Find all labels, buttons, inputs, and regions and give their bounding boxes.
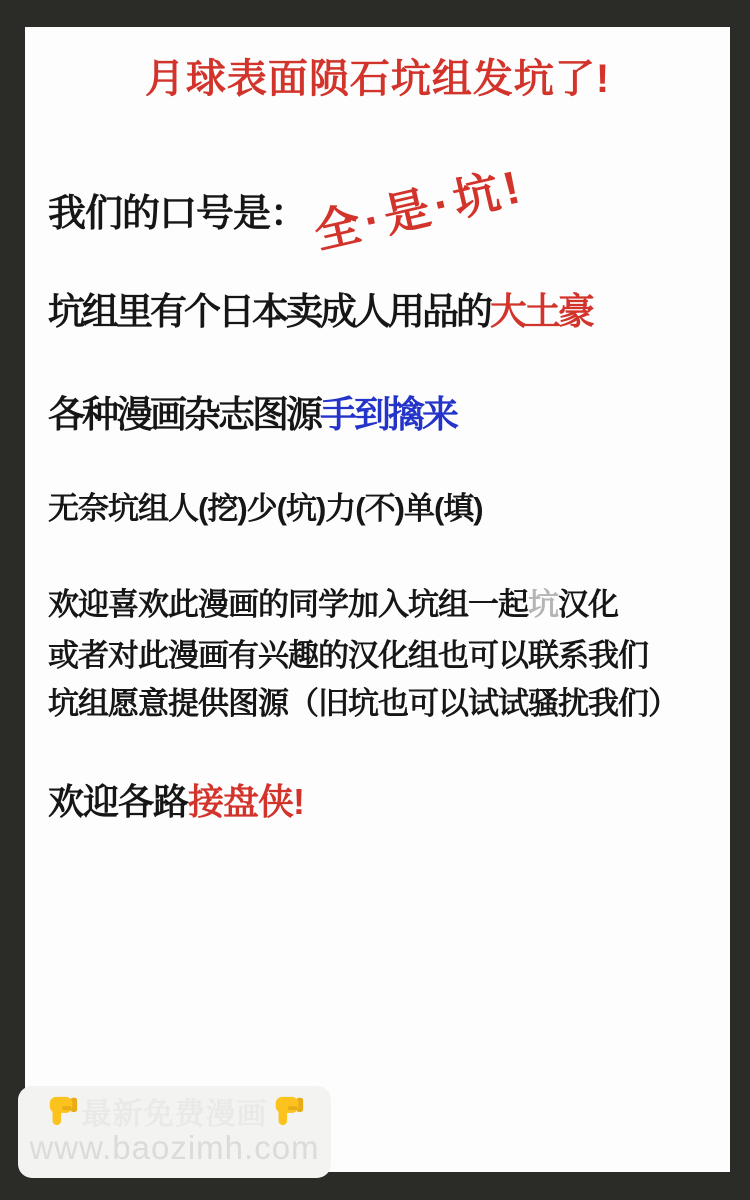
line-source-blue: 手到擒来 xyxy=(320,394,456,435)
paragraph-line-1: 欢迎喜欢此漫画的同学加入坑组一起坑汉化 xyxy=(48,589,618,622)
pointing-down-hand-icon xyxy=(45,1094,79,1128)
line-tuhao-black: 坑组里有个日本卖成人用品的 xyxy=(48,291,490,332)
welcome-red: 接盘侠! xyxy=(188,781,304,822)
welcome-black: 欢迎各路 xyxy=(48,781,188,822)
pointing-down-hand-icon xyxy=(271,1094,305,1128)
slogan-label: 我们的口号是： xyxy=(48,195,307,235)
line-source: 各种漫画杂志图源手到擒来 xyxy=(48,396,456,435)
notice-page: 月球表面陨石坑组发坑了! 我们的口号是： 全·是·坑! 坑组里有个日本卖成人用品… xyxy=(25,27,730,1172)
slogan-text: 全·是·坑! xyxy=(310,161,529,256)
line-source-black: 各种漫画杂志图源 xyxy=(48,394,320,435)
line-shortage: 无奈坑组人(挖)少(坑)力(不)单(填) xyxy=(48,493,483,526)
comic-notice-image: 月球表面陨石坑组发坑了! 我们的口号是： 全·是·坑! 坑组里有个日本卖成人用品… xyxy=(0,0,750,1200)
para1-black-a: 欢迎喜欢此漫画的同学加入坑组一起 xyxy=(48,587,528,622)
watermark-url: www.baozimh.com xyxy=(18,1130,331,1166)
watermark-text: 最新免费漫画 xyxy=(82,1089,268,1133)
watermark-row: 最新免费漫画 xyxy=(18,1092,331,1130)
para1-black-b: 汉化 xyxy=(558,587,618,622)
paragraph-line-3: 坑组愿意提供图源（旧坑也可以试试骚扰我们） xyxy=(48,688,678,721)
paragraph-line-2: 或者对此漫画有兴趣的汉化组也可以联系我们 xyxy=(48,640,648,673)
page-title: 月球表面陨石坑组发坑了! xyxy=(25,58,730,100)
watermark-banner[interactable]: 最新免费漫画 www.baozimh.com xyxy=(18,1086,331,1178)
para1-gray-keng: 坑 xyxy=(528,587,558,622)
line-welcome: 欢迎各路接盘侠! xyxy=(48,783,304,821)
line-tuhao-red: 大土豪 xyxy=(490,291,592,332)
line-tuhao: 坑组里有个日本卖成人用品的大土豪 xyxy=(48,293,592,332)
